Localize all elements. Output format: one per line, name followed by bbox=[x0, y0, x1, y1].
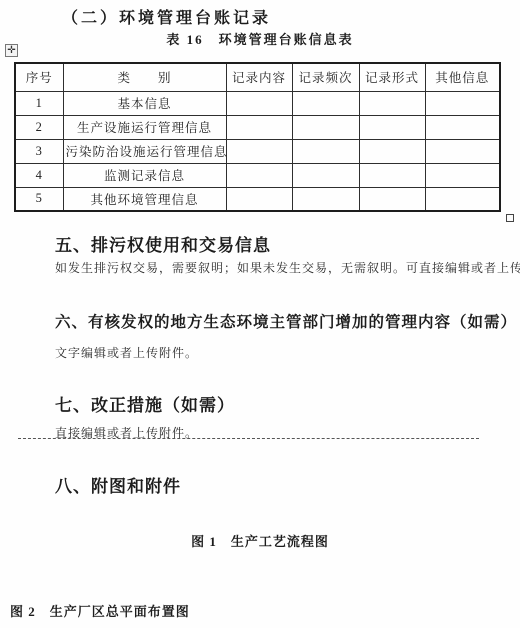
cell-no: 5 bbox=[15, 187, 63, 211]
cell-no: 4 bbox=[15, 163, 63, 187]
cell-empty bbox=[425, 91, 500, 115]
cell-empty bbox=[359, 115, 425, 139]
page-break-dashed-line bbox=[18, 438, 479, 439]
table-16-caption: 表 16 环境管理台账信息表 bbox=[0, 29, 520, 48]
cell-empty bbox=[226, 139, 292, 163]
table-row: 1 基本信息 bbox=[15, 91, 500, 115]
cell-empty bbox=[425, 115, 500, 139]
cell-no: 1 bbox=[15, 91, 63, 115]
cell-empty bbox=[292, 115, 359, 139]
table-row: 5 其他环境管理信息 bbox=[15, 187, 500, 211]
col-header-form: 记录形式 bbox=[359, 63, 425, 91]
table-header-row: 序号 类 别 记录内容 记录频次 记录形式 其他信息 bbox=[15, 63, 500, 91]
cell-empty bbox=[292, 139, 359, 163]
cell-empty bbox=[359, 91, 425, 115]
cell-no: 2 bbox=[15, 115, 63, 139]
cell-empty bbox=[359, 163, 425, 187]
cell-category: 其他环境管理信息 bbox=[63, 187, 226, 211]
cell-empty bbox=[425, 163, 500, 187]
cell-category: 基本信息 bbox=[63, 91, 226, 115]
document-page: （二）环境管理台账记录 表 16 环境管理台账信息表 ✛ 序号 类 别 记录内容… bbox=[0, 0, 520, 628]
section-body-5: 如发生排污权交易，需要叙明；如果未发生交易，无需叙明。可直接编辑或者上传附件。 bbox=[55, 259, 520, 276]
col-header-category: 类 别 bbox=[63, 63, 226, 91]
cell-empty bbox=[425, 139, 500, 163]
cell-category: 生产设施运行管理信息 bbox=[63, 115, 226, 139]
cell-category: 污染防治设施运行管理信息 bbox=[63, 139, 226, 163]
section-heading-5: 五、排污权使用和交易信息 bbox=[55, 231, 271, 256]
section-heading-8: 八、附图和附件 bbox=[55, 472, 181, 497]
cell-empty bbox=[292, 91, 359, 115]
cell-empty bbox=[425, 187, 500, 211]
cell-empty bbox=[359, 139, 425, 163]
cell-empty bbox=[226, 163, 292, 187]
cell-empty bbox=[292, 163, 359, 187]
col-header-other: 其他信息 bbox=[425, 63, 500, 91]
figure-2-caption: 图 2 生产厂区总平面布置图 bbox=[10, 601, 190, 620]
cell-empty bbox=[292, 187, 359, 211]
col-header-content: 记录内容 bbox=[226, 63, 292, 91]
figure-1-caption: 图 1 生产工艺流程图 bbox=[0, 531, 520, 550]
table-move-handle-icon[interactable]: ✛ bbox=[5, 44, 18, 57]
col-header-frequency: 记录频次 bbox=[292, 63, 359, 91]
cell-empty bbox=[359, 187, 425, 211]
ledger-info-table: 序号 类 别 记录内容 记录频次 记录形式 其他信息 1 基本信息 2 生产设施… bbox=[14, 62, 501, 212]
section-heading-2: （二）环境管理台账记录 bbox=[62, 5, 271, 28]
cell-no: 3 bbox=[15, 139, 63, 163]
table-resize-handle-icon[interactable] bbox=[506, 214, 514, 222]
cell-empty bbox=[226, 115, 292, 139]
table-row: 2 生产设施运行管理信息 bbox=[15, 115, 500, 139]
section-heading-6: 六、有核发权的地方生态环境主管部门增加的管理内容（如需） bbox=[55, 310, 517, 332]
col-header-no: 序号 bbox=[15, 63, 63, 91]
section-body-6: 文字编辑或者上传附件。 bbox=[55, 344, 198, 361]
cell-empty bbox=[226, 91, 292, 115]
cell-empty bbox=[226, 187, 292, 211]
cell-category: 监测记录信息 bbox=[63, 163, 226, 187]
section-heading-7: 七、改正措施（如需） bbox=[55, 391, 235, 416]
table-row: 3 污染防治设施运行管理信息 bbox=[15, 139, 500, 163]
table-row: 4 监测记录信息 bbox=[15, 163, 500, 187]
